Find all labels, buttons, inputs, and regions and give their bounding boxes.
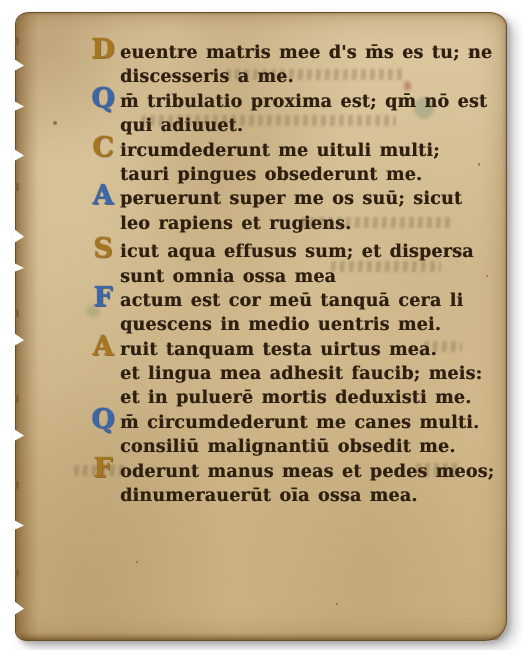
edge-bump <box>15 481 19 489</box>
text-line: F oderunt manus meas et pedes meos; <box>86 460 498 484</box>
edge-bump <box>15 309 19 317</box>
drop-cap-initial: D <box>88 36 118 63</box>
drop-cap-initial: Q <box>88 406 118 433</box>
line-text: euentre matris mee d's m̄s es tu; ne <box>120 41 492 65</box>
edge-bump <box>15 183 19 191</box>
edge-bump <box>15 395 19 403</box>
text-line: et lingua mea adhesit faucib; meis: <box>86 362 498 386</box>
text-block: D euentre matris mee d's m̄s es tu; ne d… <box>86 41 498 508</box>
text-line: qui adiuuet. <box>86 114 498 138</box>
line-text: ircumdederunt me uituli multi; <box>120 139 440 163</box>
text-line: Q m̄ circumdederunt me canes multi. <box>86 411 498 435</box>
text-line: quescens in medio uentris mei. <box>86 313 498 337</box>
manuscript-photo: D euentre matris mee d's m̄s es tu; ne d… <box>0 0 523 650</box>
line-text: peruerunt super me os suū; sicut <box>120 187 462 211</box>
text-line: tauri pingues obsederunt me. <box>86 163 498 187</box>
edge-bump <box>15 569 19 577</box>
drop-cap-initial: A <box>88 182 118 209</box>
drop-cap-initial: A <box>88 333 118 360</box>
text-line: A ruit tanquam testa uirtus mea. <box>86 338 498 362</box>
line-text: oderunt manus meas et pedes meos; <box>120 460 494 484</box>
line-text: qui adiuuet. <box>120 114 243 138</box>
drop-cap-initial: C <box>88 134 118 161</box>
text-line: S icut aqua effusus sum; et dispersa <box>86 240 498 264</box>
drop-cap-initial: F <box>88 284 118 311</box>
edge-bump <box>15 37 19 45</box>
text-line: Q m̄ tribulatio proxima est; qm̄ nō est <box>86 90 498 114</box>
line-text: sunt omnia ossa mea <box>120 265 336 289</box>
line-text: ruit tanquam testa uirtus mea. <box>120 338 437 362</box>
text-line: A peruerunt super me os suū; sicut <box>86 187 498 211</box>
text-line: discesseris a me. <box>86 65 498 89</box>
line-text: actum est cor meū tanquā cera li <box>120 289 463 313</box>
text-line: et in puluerē mortis deduxisti me. <box>86 386 498 410</box>
line-text: leo rapiens et rugiens. <box>120 212 351 236</box>
line-text: et lingua mea adhesit faucib; meis: <box>120 362 482 386</box>
line-text: icut aqua effusus sum; et dispersa <box>120 240 474 264</box>
text-line: sunt omnia ossa mea <box>86 265 498 289</box>
line-text: m̄ circumdederunt me canes multi. <box>120 411 479 435</box>
text-line: C ircumdederunt me uituli multi; <box>86 139 498 163</box>
line-text: dinumerauerūt oīa ossa mea. <box>120 484 418 508</box>
text-line: dinumerauerūt oīa ossa mea. <box>86 484 498 508</box>
drop-cap-initial: F <box>88 455 118 482</box>
text-line: D euentre matris mee d's m̄s es tu; ne <box>86 41 498 65</box>
line-text: consiliū malignantiū obsedit me. <box>120 435 455 459</box>
text-line: F actum est cor meū tanquā cera li <box>86 289 498 313</box>
drop-cap-initial: Q <box>88 85 118 112</box>
speck <box>336 603 338 605</box>
line-text: m̄ tribulatio proxima est; qm̄ nō est <box>120 90 487 114</box>
manuscript-leaf: D euentre matris mee d's m̄s es tu; ne d… <box>15 12 507 641</box>
speck <box>136 561 138 563</box>
text-line: leo rapiens et rugiens. <box>86 212 498 236</box>
drop-cap-initial: S <box>88 235 118 262</box>
line-text: tauri pingues obsederunt me. <box>120 163 422 187</box>
text-line: consiliū malignantiū obsedit me. <box>86 435 498 459</box>
line-text: discesseris a me. <box>120 65 294 89</box>
speck <box>53 121 57 125</box>
line-text: et in puluerē mortis deduxisti me. <box>120 386 471 410</box>
line-text: quescens in medio uentris mei. <box>120 313 441 337</box>
